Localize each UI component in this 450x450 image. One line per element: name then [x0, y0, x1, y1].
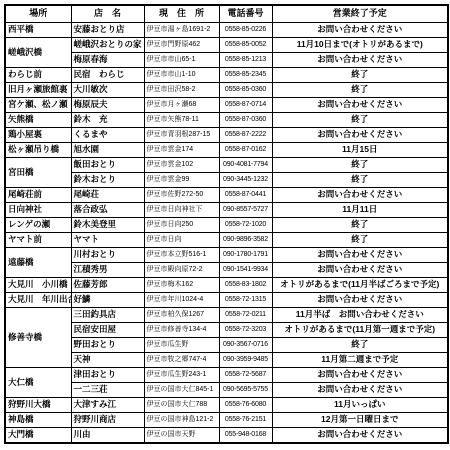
phone-number-cell: 090-9896-3582	[219, 233, 272, 248]
phone-number-cell: 090-1541-9934	[219, 263, 272, 278]
address-cell: 伊豆市日向	[144, 233, 219, 248]
shop-name-cell: 大川敏次	[71, 83, 144, 98]
closing-schedule-cell: お問い合わせください	[272, 53, 448, 68]
address-cell: 伊豆市本立野516-1	[144, 248, 219, 263]
shop-name-cell: 鈴木 充	[71, 113, 144, 128]
closing-schedule-cell: 終了	[272, 68, 448, 83]
table-header: 場所 店 名 現 住 所 電話番号 営業終了予定	[5, 5, 448, 23]
phone-number-cell: 0558-72-0211	[219, 308, 272, 323]
address-cell: 伊豆の国市大仁845-1	[144, 383, 219, 398]
place-cell: 日向神社	[5, 203, 71, 218]
table-row: 西平橋安藤おとり店伊豆市湯ヶ島1691-20558-85-0226お問い合わせく…	[5, 23, 448, 38]
place-cell: 尾崎荘前	[5, 188, 71, 203]
table-row: 野田おとり伊豆市瓜生野090-3567-0716終了	[5, 338, 448, 353]
table-row: ヤマト前ヤマト伊豆市日向090-9896-3582終了	[5, 233, 448, 248]
place-cell: 松ヶ瀬吊り橋	[5, 143, 71, 158]
table-row: 天神伊豆市牧之郷747-4090-3959-948511月第二週まで予定	[5, 353, 448, 368]
phone-number-cell: 090-8557-5727	[219, 203, 272, 218]
closing-schedule-cell: お問い合わせください	[272, 368, 448, 383]
table-row: 遠藤橋川村おとり伊豆市本立野516-1090-1780-1791お問い合わせくだ…	[5, 248, 448, 263]
shop-name-cell: 三田釣具店	[71, 308, 144, 323]
table-body: 西平橋安藤おとり店伊豆市湯ヶ島1691-20558-85-0226お問い合わせく…	[5, 23, 448, 444]
address-cell: 伊豆の国市神島121-2	[144, 413, 219, 428]
closing-schedule-cell: 終了	[272, 338, 448, 353]
phone-number-cell: 0558-76-6080	[219, 398, 272, 413]
place-cell: 大見川 年川出合	[5, 293, 71, 308]
place-cell: 大門橋	[5, 428, 71, 444]
closing-schedule-cell: 終了	[272, 218, 448, 233]
shop-name-cell: 梅原辰夫	[71, 98, 144, 113]
address-cell: 伊豆市月ヶ瀬68	[144, 98, 219, 113]
phone-number-cell: 0558-87-2222	[219, 128, 272, 143]
place-cell: 大仁橋	[5, 368, 71, 398]
address-cell: 伊豆の国市大仁788	[144, 398, 219, 413]
phone-number-cell: 0558-72-1315	[219, 293, 272, 308]
closing-schedule-cell: オトリがあるまで(11月半ばごろまで予定)	[272, 278, 448, 293]
place-cell: 旧月ヶ瀬旅館裏	[5, 83, 71, 98]
place-cell: 宮田橋	[5, 158, 71, 188]
phone-number-cell: 0558-76-2151	[219, 413, 272, 428]
header-phone: 電話番号	[219, 5, 272, 23]
closing-schedule-cell: お問い合わせください	[272, 293, 448, 308]
address-cell: 伊豆市修善寺134-4	[144, 323, 219, 338]
phone-number-cell: 0558-72-5687	[219, 368, 272, 383]
phone-number-cell: 090-3567-0716	[219, 338, 272, 353]
shop-name-cell: 一二三荘	[71, 383, 144, 398]
phone-number-cell: 0558-87-0360	[219, 113, 272, 128]
shop-name-cell: ヤマト	[71, 233, 144, 248]
table-row: 大門橋川由伊豆の国市天野055-948-0168お問い合わせください	[5, 428, 448, 444]
address-cell: 伊豆市日向神社下	[144, 203, 219, 218]
table-row: 尾崎荘前尾崎荘伊豆市佐野272-500558-87-0441お問い合わせください	[5, 188, 448, 203]
shop-name-cell: 嵯峨沢おとりの家	[71, 38, 144, 53]
closing-schedule-cell: 終了	[272, 173, 448, 188]
phone-number-cell: 0558-87-0162	[219, 143, 272, 158]
shop-name-cell: 安藤おとり店	[71, 23, 144, 38]
table-row: 梅原春海伊豆市市山65-10558-85-1213お問い合わせください	[5, 53, 448, 68]
closing-schedule-cell: 11月半ば お問い合わせください	[272, 308, 448, 323]
address-cell: 伊豆市市山1-10	[144, 68, 219, 83]
table-row: わらじ前民宿 わらじ伊豆市市山1-100558-85-2345終了	[5, 68, 448, 83]
header-closing: 営業終了予定	[272, 5, 448, 23]
closing-schedule-cell: 終了	[272, 233, 448, 248]
shop-name-cell: 鈴木おとり	[71, 173, 144, 188]
header-place: 場所	[5, 5, 71, 23]
closing-schedule-cell: 終了	[272, 83, 448, 98]
shop-name-cell: 飯田おとり	[71, 158, 144, 173]
place-cell: 神島橋	[5, 413, 71, 428]
address-cell: 伊豆の国市天野	[144, 428, 219, 444]
place-cell: 鶏小屋裏	[5, 128, 71, 143]
address-cell: 伊豆市牧之郷747-4	[144, 353, 219, 368]
table-row: 江積秀男伊豆市殿向原72-2090-1541-9934お問い合わせください	[5, 263, 448, 278]
shop-name-cell: 落合政弘	[71, 203, 144, 218]
address-cell: 伊豆市湯ヶ島1691-2	[144, 23, 219, 38]
table-row: 鈴木おとり伊豆市雲金99090-3445-1232終了	[5, 173, 448, 188]
table-row: 狩野川大橋大津すみ江伊豆の国市大仁7880558-76-608011月いっぱい	[5, 398, 448, 413]
header-shop: 店 名	[71, 5, 144, 23]
closing-schedule-cell: 11月11日	[272, 203, 448, 218]
place-cell: わらじ前	[5, 68, 71, 83]
phone-number-cell: 0558-72-3203	[219, 323, 272, 338]
document-page: 場所 店 名 現 住 所 電話番号 営業終了予定 西平橋安藤おとり店伊豆市湯ヶ島…	[0, 0, 450, 450]
closing-schedule-cell: お問い合わせください	[272, 263, 448, 278]
table-row: レンゲの瀬鈴木美登里伊豆市日向2500558-72-1020終了	[5, 218, 448, 233]
place-cell: 宮ケ瀬、松ノ瀬	[5, 98, 71, 113]
address-cell: 伊豆市瓜生野243-1	[144, 368, 219, 383]
address-cell: 伊豆市梅木162	[144, 278, 219, 293]
place-cell: 矢熊橋	[5, 113, 71, 128]
shop-name-cell: 鈴木美登里	[71, 218, 144, 233]
shop-name-cell: 川由	[71, 428, 144, 444]
table-row: 修善寺橋三田釣具店伊豆市柏久保12670558-72-021111月半ば お問い…	[5, 308, 448, 323]
table-row: 鶏小屋裏くるまや伊豆市青羽根287-150558-87-2222お問い合わせくだ…	[5, 128, 448, 143]
phone-number-cell: 0558-83-1802	[219, 278, 272, 293]
address-cell: 伊豆市柏久保1267	[144, 308, 219, 323]
phone-number-cell: 0558-85-1213	[219, 53, 272, 68]
table-row: 日向神社落合政弘伊豆市日向神社下090-8557-572711月11日	[5, 203, 448, 218]
phone-number-cell: 090-3445-1232	[219, 173, 272, 188]
table-row: 宮ケ瀬、松ノ瀬梅原辰夫伊豆市月ヶ瀬680558-87-0714お問い合わせくださ…	[5, 98, 448, 113]
address-cell: 伊豆市年川1024-4	[144, 293, 219, 308]
shop-name-cell: くるまや	[71, 128, 144, 143]
shop-name-cell: 野田おとり	[71, 338, 144, 353]
place-cell: 西平橋	[5, 23, 71, 38]
closing-schedule-cell: 11月15日	[272, 143, 448, 158]
address-cell: 伊豆市佐野272-50	[144, 188, 219, 203]
closing-schedule-cell: お問い合わせください	[272, 188, 448, 203]
place-cell: レンゲの瀬	[5, 218, 71, 233]
phone-number-cell: 0558-87-0714	[219, 98, 272, 113]
table-row: 一二三荘伊豆の国市大仁845-1090-5695-5755お問い合わせください	[5, 383, 448, 398]
table-row: 大見川 小川橋佐藤芳郎伊豆市梅木1620558-83-1802オトリがあるまで(…	[5, 278, 448, 293]
place-cell: 修善寺橋	[5, 308, 71, 368]
address-cell: 伊豆市矢熊78-11	[144, 113, 219, 128]
phone-number-cell: 0558-85-0226	[219, 23, 272, 38]
phone-number-cell: 090-1780-1791	[219, 248, 272, 263]
shop-name-cell: 津田おとり	[71, 368, 144, 383]
address-cell: 伊豆市田沢58-2	[144, 83, 219, 98]
closing-schedule-cell: 11月10日まで(オトリがあるまで)	[272, 38, 448, 53]
place-cell: 大見川 小川橋	[5, 278, 71, 293]
address-cell: 伊豆市門野原462	[144, 38, 219, 53]
shop-name-cell: 川村おとり	[71, 248, 144, 263]
address-cell: 伊豆市雲金174	[144, 143, 219, 158]
closing-schedule-cell: お問い合わせください	[272, 98, 448, 113]
address-cell: 伊豆市瓜生野	[144, 338, 219, 353]
phone-number-cell: 0558-72-1020	[219, 218, 272, 233]
shop-name-cell: 旭水園	[71, 143, 144, 158]
closing-schedule-cell: お問い合わせください	[272, 428, 448, 444]
place-cell: 遠藤橋	[5, 248, 71, 278]
place-cell: 狩野川大橋	[5, 398, 71, 413]
table-row: 松ヶ瀬吊り橋旭水園伊豆市雲金1740558-87-016211月15日	[5, 143, 448, 158]
phone-number-cell: 0558-85-2345	[219, 68, 272, 83]
table-row: 嵯峨沢橋嵯峨沢おとりの家伊豆市門野原4620558-85-005211月10日ま…	[5, 38, 448, 53]
header-address: 現 住 所	[144, 5, 219, 23]
address-cell: 伊豆市雲金102	[144, 158, 219, 173]
shop-name-cell: 江積秀男	[71, 263, 144, 278]
closing-schedule-cell: 終了	[272, 158, 448, 173]
phone-number-cell: 055-948-0168	[219, 428, 272, 444]
shop-name-cell: 民宿安田屋	[71, 323, 144, 338]
closing-schedule-cell: 11月第二週まで予定	[272, 353, 448, 368]
shop-name-cell: 好鱗	[71, 293, 144, 308]
address-cell: 伊豆市日向250	[144, 218, 219, 233]
closing-schedule-cell: お問い合わせください	[272, 248, 448, 263]
table-row: 大見川 年川出合好鱗伊豆市年川1024-40558-72-1315お問い合わせく…	[5, 293, 448, 308]
closing-schedule-cell: 12月第一日曜日まで	[272, 413, 448, 428]
table-row: 神島橋狩野川商店伊豆の国市神島121-20558-76-215112月第一日曜日…	[5, 413, 448, 428]
place-cell: ヤマト前	[5, 233, 71, 248]
table-row: 大仁橋津田おとり伊豆市瓜生野243-10558-72-5687お問い合わせくださ…	[5, 368, 448, 383]
address-cell: 伊豆市青羽根287-15	[144, 128, 219, 143]
shop-name-cell: 天神	[71, 353, 144, 368]
closing-schedule-cell: 終了	[272, 113, 448, 128]
phone-number-cell: 090-5695-5755	[219, 383, 272, 398]
shop-name-cell: 大津すみ江	[71, 398, 144, 413]
table-row: 旧月ヶ瀬旅館裏大川敏次伊豆市田沢58-20558-85-0360終了	[5, 83, 448, 98]
shop-name-cell: 民宿 わらじ	[71, 68, 144, 83]
phone-number-cell: 090-3959-9485	[219, 353, 272, 368]
phone-number-cell: 0558-87-0441	[219, 188, 272, 203]
shop-name-cell: 尾崎荘	[71, 188, 144, 203]
table-row: 宮田橋飯田おとり伊豆市雲金102090-4081-7794終了	[5, 158, 448, 173]
closing-schedule-cell: お問い合わせください	[272, 23, 448, 38]
phone-number-cell: 0558-85-0360	[219, 83, 272, 98]
shop-name-cell: 佐藤芳郎	[71, 278, 144, 293]
address-cell: 伊豆市殿向原72-2	[144, 263, 219, 278]
table-row: 矢熊橋鈴木 充伊豆市矢熊78-110558-87-0360終了	[5, 113, 448, 128]
closing-schedule-cell: お問い合わせください	[272, 383, 448, 398]
header-row: 場所 店 名 現 住 所 電話番号 営業終了予定	[5, 5, 448, 23]
otori-shop-table: 場所 店 名 現 住 所 電話番号 営業終了予定 西平橋安藤おとり店伊豆市湯ヶ島…	[4, 4, 449, 444]
table-row: 民宿安田屋伊豆市修善寺134-40558-72-3203オトリがあるまで(11月…	[5, 323, 448, 338]
closing-schedule-cell: お問い合わせください	[272, 128, 448, 143]
phone-number-cell: 0558-85-0052	[219, 38, 272, 53]
phone-number-cell: 090-4081-7794	[219, 158, 272, 173]
closing-schedule-cell: 11月いっぱい	[272, 398, 448, 413]
shop-name-cell: 梅原春海	[71, 53, 144, 68]
address-cell: 伊豆市市山65-1	[144, 53, 219, 68]
closing-schedule-cell: オトリがあるまで(11月第一週まで予定)	[272, 323, 448, 338]
place-cell: 嵯峨沢橋	[5, 38, 71, 68]
address-cell: 伊豆市雲金99	[144, 173, 219, 188]
shop-name-cell: 狩野川商店	[71, 413, 144, 428]
